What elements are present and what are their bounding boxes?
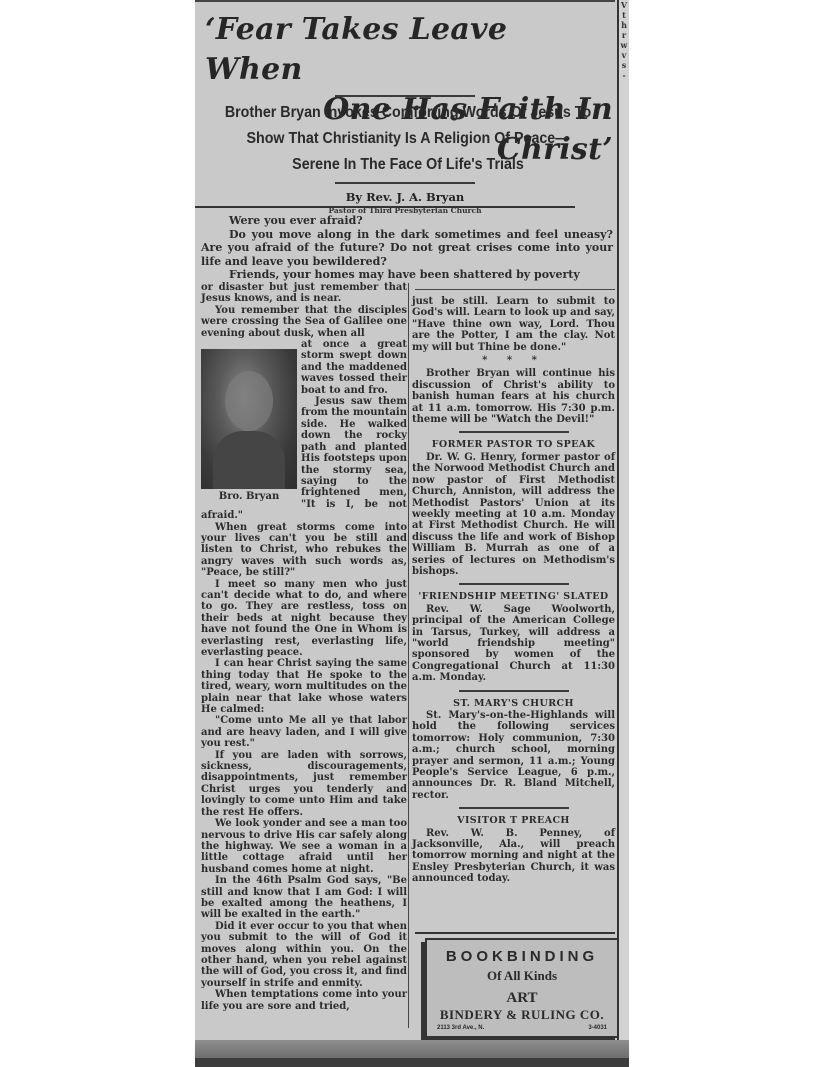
brief-body: St. Mary's-on-the-Highlands will hold th… bbox=[412, 710, 615, 801]
body-paragraph: or disaster but just remember that Jesus… bbox=[201, 282, 407, 305]
brief-body: Dr. W. G. Henry, former pastor of the No… bbox=[412, 452, 615, 577]
byline: By Rev. J. A. Bryan bbox=[195, 190, 615, 204]
ad-address: 2113 3rd Ave., N. bbox=[437, 1025, 484, 1031]
brief-body: Rev. W. B. Penney, of Jacksonville, Ala.… bbox=[412, 828, 615, 885]
portrait-body bbox=[213, 431, 285, 489]
body-paragraph: In the 46th Psalm God says, "Be still an… bbox=[201, 875, 407, 921]
brief-divider bbox=[459, 690, 569, 692]
scan-bottom-edge bbox=[195, 1058, 629, 1067]
intro-paragraph: Friends, your homes may have been shatte… bbox=[201, 268, 613, 282]
brief-heading: ST. MARY'S CHURCH bbox=[412, 698, 615, 709]
announcement-paragraph: Brother Bryan will continue his discussi… bbox=[412, 368, 615, 425]
body-paragraph: You remember that the disciples were cro… bbox=[201, 305, 407, 339]
body-paragraph: When great storms come into your lives c… bbox=[201, 522, 407, 579]
adjacent-column-edge: V t h r w v s - bbox=[619, 0, 629, 1040]
ad-contact: 2113 3rd Ave., N. 3-4031 bbox=[427, 1023, 617, 1031]
body-paragraph: just be still. Learn to submit to God's … bbox=[412, 296, 615, 353]
article-right-column: just be still. Learn to submit to God's … bbox=[412, 296, 615, 885]
ad-top-rule bbox=[415, 932, 615, 934]
deck-divider bbox=[335, 182, 475, 184]
body-paragraph: "Come unto Me all ye that labor and are … bbox=[201, 715, 407, 749]
article-intro: Were you ever afraid? Do you move along … bbox=[201, 214, 613, 282]
brief-body: Rev. W. Sage Woolworth, principal of the… bbox=[412, 604, 615, 684]
ad-company-name: ART bbox=[427, 990, 617, 1007]
intro-paragraph: Do you move along in the dark sometimes … bbox=[201, 228, 613, 269]
subheadline-deck: Brother Bryan Invokes Comforting Words O… bbox=[216, 100, 601, 178]
body-paragraph: When temptations come into your life you… bbox=[201, 989, 407, 1012]
deck-line-2: Show That Christianity Is A Religion Of … bbox=[216, 126, 601, 152]
deck-line-3: Serene In The Face Of Life's Trials bbox=[216, 152, 601, 178]
deck-line-1: Brother Bryan Invokes Comforting Words O… bbox=[216, 100, 601, 126]
bookbinding-advertisement: BOOKBINDING Of All Kinds ART BINDERY & R… bbox=[425, 938, 619, 1038]
brief-divider bbox=[459, 583, 569, 585]
right-column-top-rule bbox=[415, 289, 615, 290]
newspaper-clipping: V t h r w v s - ‘Fear Takes Leave When O… bbox=[195, 0, 629, 1067]
body-paragraph: I can hear Christ saying the same thing … bbox=[201, 658, 407, 715]
section-break-stars: * * * bbox=[412, 355, 615, 366]
body-paragraph: We look yonder and see a man too nervous… bbox=[201, 818, 407, 875]
portrait-photo bbox=[201, 349, 297, 489]
ad-company-name-2: BINDERY & RULING CO. bbox=[427, 1007, 617, 1023]
brief-heading: VISITOR T PREACH bbox=[412, 815, 615, 826]
body-paragraph: If you are laden with sorrows, sickness,… bbox=[201, 750, 407, 818]
brief-divider bbox=[459, 807, 569, 809]
ad-phone: 3-4031 bbox=[588, 1025, 607, 1031]
photo-block: Bro. Bryan bbox=[201, 343, 301, 502]
headline-divider bbox=[335, 95, 475, 97]
portrait-face bbox=[225, 371, 273, 431]
body-paragraph: I meet so many men who just can't decide… bbox=[201, 579, 407, 659]
top-rule bbox=[195, 0, 615, 2]
brief-heading: FORMER PASTOR TO SPEAK bbox=[412, 439, 615, 450]
intro-paragraph: Were you ever afraid? bbox=[201, 214, 613, 228]
article-left-column: or disaster but just remember that Jesus… bbox=[201, 282, 407, 1012]
headline-line-1: ‘Fear Takes Leave When bbox=[201, 10, 615, 90]
body-paragraph: Did it ever occur to you that when you s… bbox=[201, 921, 407, 989]
column-divider bbox=[408, 283, 409, 1028]
brief-heading: 'FRIENDSHIP MEETING' SLATED bbox=[412, 591, 615, 602]
ad-subline: Of All Kinds bbox=[427, 968, 617, 984]
ad-headline: BOOKBINDING bbox=[427, 948, 617, 965]
brief-divider bbox=[459, 431, 569, 433]
